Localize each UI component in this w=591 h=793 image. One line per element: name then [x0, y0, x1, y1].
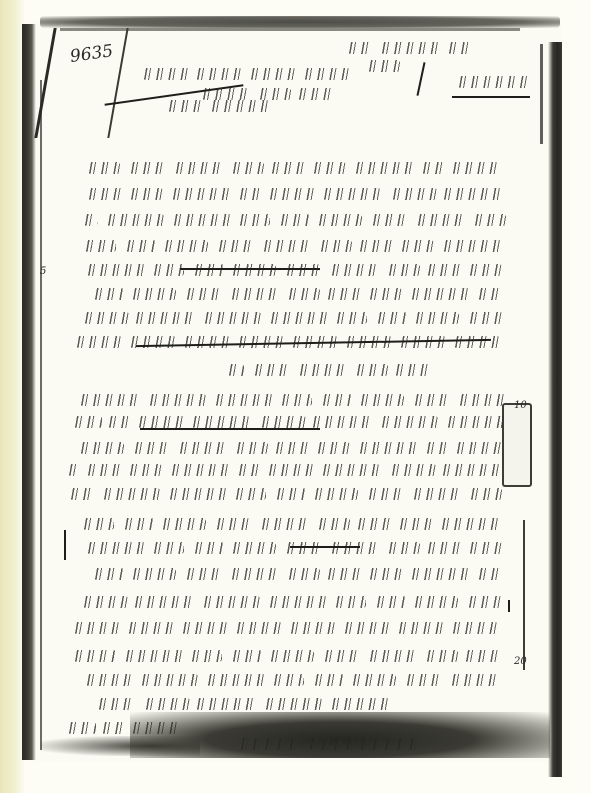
- page-edge-right: [548, 42, 562, 777]
- handwritten-line: [80, 160, 500, 174]
- handwritten-line: [220, 362, 430, 376]
- handwritten-line: [180, 66, 350, 80]
- handwritten-line: [220, 736, 420, 750]
- page-edge-left-line: [40, 80, 42, 750]
- handwritten-line: [90, 696, 390, 710]
- heading-underline: [452, 96, 530, 98]
- page-edge-top: [40, 16, 560, 28]
- handwritten-line: [120, 66, 190, 80]
- handwritten-line: [72, 440, 504, 454]
- handwritten-line: [68, 310, 503, 324]
- margin-line-number-10: 10: [514, 400, 527, 411]
- handwritten-line: [62, 620, 498, 634]
- margin-line-number-20: 20: [514, 656, 527, 667]
- taped-tab-right: [502, 403, 532, 487]
- handwritten-line: [72, 238, 504, 252]
- handwritten-line: [66, 414, 506, 428]
- handwritten-line: [340, 40, 470, 54]
- margin-mark: [508, 600, 510, 612]
- handwritten-line: [60, 720, 180, 734]
- handwritten-line: [70, 286, 500, 300]
- handwritten-line: [66, 648, 500, 662]
- handwritten-line: [76, 212, 506, 226]
- handwritten-line: [70, 516, 502, 530]
- page-edge-bottom-left-stain: [40, 736, 200, 756]
- book-gutter: [0, 0, 24, 793]
- taped-strip-right: [523, 520, 537, 670]
- strikethrough-line: [180, 268, 320, 270]
- handwritten-line: [70, 392, 506, 406]
- heading-right: [452, 74, 532, 88]
- page-edge-top-line: [60, 28, 520, 31]
- handwritten-line: [62, 594, 502, 608]
- handwritten-line: [78, 186, 503, 200]
- margin-mark: [64, 530, 66, 560]
- strikethrough-line: [290, 546, 360, 548]
- strikethrough-line: [140, 428, 320, 430]
- handwritten-line: [360, 58, 400, 72]
- page-edge-right-inner: [540, 44, 543, 144]
- margin-line-number-5: 5: [40, 266, 46, 277]
- handwritten-line: [160, 98, 270, 112]
- handwritten-line: [62, 486, 502, 500]
- handwritten-line: [78, 672, 498, 686]
- handwritten-line: [68, 540, 502, 554]
- handwritten-line: [70, 566, 500, 580]
- handwritten-line: [60, 462, 502, 476]
